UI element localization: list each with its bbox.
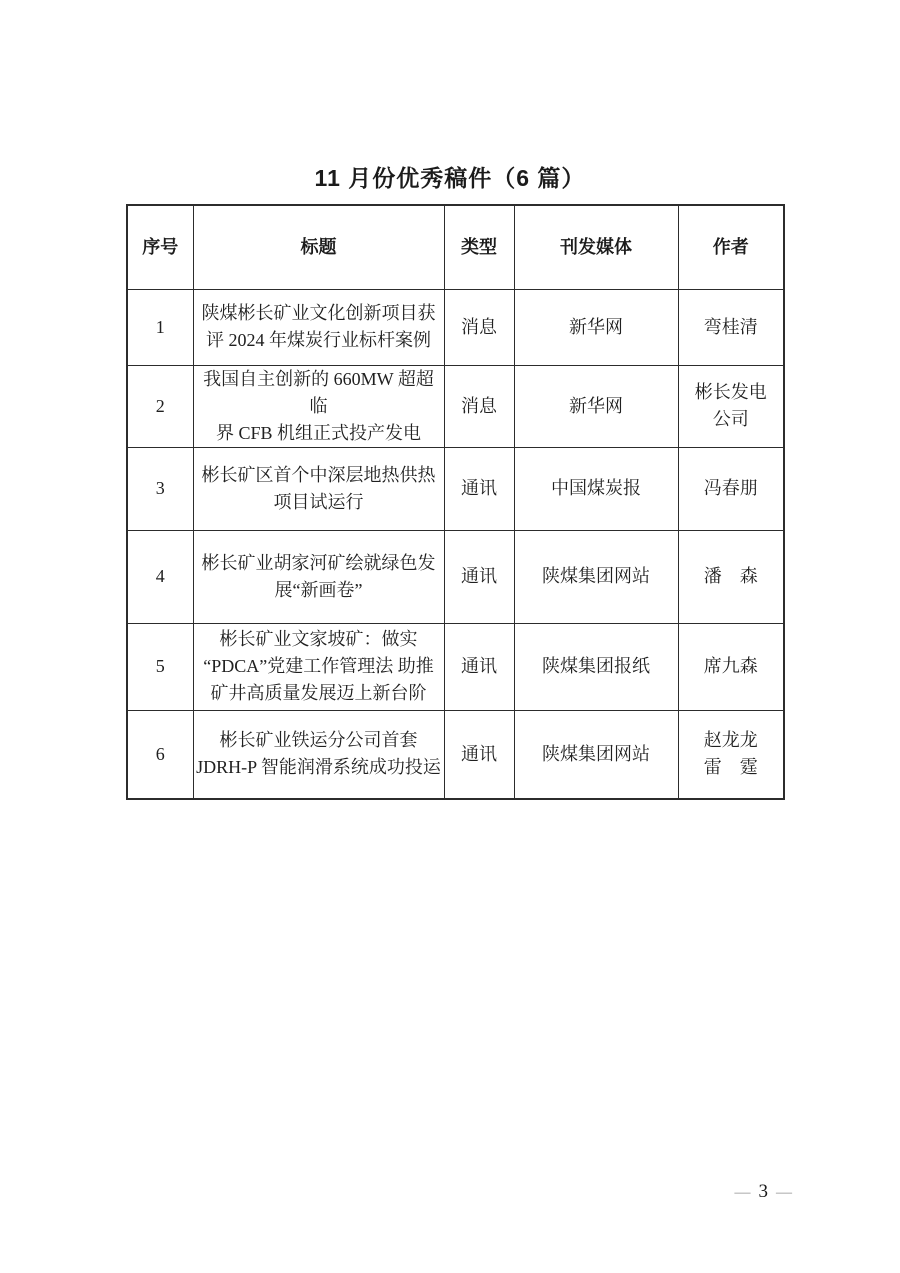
type-cell: 通讯 [444,623,514,710]
media-cell: 中国煤炭报 [514,447,678,530]
serial-cell: 5 [127,623,193,710]
author-cell: 赵龙龙 雷 霆 [678,710,784,799]
title-cell: 我国自主创新的 660MW 超超临 界 CFB 机组正式投产发电 [193,365,444,447]
serial-cell: 3 [127,447,193,530]
column-header-type: 类型 [444,205,514,289]
table-row: 6 彬长矿业铁运分公司首套 JDRH-P 智能润滑系统成功投运 通讯 陕煤集团网… [127,710,784,799]
column-header-author: 作者 [678,205,784,289]
media-cell: 陕煤集团报纸 [514,623,678,710]
serial-cell: 4 [127,530,193,623]
page-number-left-dash: — [735,1184,751,1202]
page-number: — 3 — [735,1181,793,1203]
type-cell: 通讯 [444,447,514,530]
document-page: 11 月份优秀稿件（6 篇） 序号 标题 类型 刊发媒体 作者 1 陕煤彬长矿业… [0,0,900,1273]
author-cell: 弯桂清 [678,289,784,365]
table-row: 4 彬长矿业胡家河矿绘就绿色发 展“新画卷” 通讯 陕煤集团网站 潘 森 [127,530,784,623]
manuscripts-table: 序号 标题 类型 刊发媒体 作者 1 陕煤彬长矿业文化创新项目获 评 2024 … [126,204,785,800]
table-row: 5 彬长矿业文家坡矿：做实 “PDCA”党建工作管理法 助推 矿井高质量发展迈上… [127,623,784,710]
type-cell: 消息 [444,289,514,365]
author-cell: 席九森 [678,623,784,710]
table-row: 2 我国自主创新的 660MW 超超临 界 CFB 机组正式投产发电 消息 新华… [127,365,784,447]
title-cell: 彬长矿业文家坡矿：做实 “PDCA”党建工作管理法 助推 矿井高质量发展迈上新台… [193,623,444,710]
media-cell: 新华网 [514,365,678,447]
table-header-row: 序号 标题 类型 刊发媒体 作者 [127,205,784,289]
media-cell: 陕煤集团网站 [514,530,678,623]
title-cell: 彬长矿业胡家河矿绘就绿色发 展“新画卷” [193,530,444,623]
table-row: 1 陕煤彬长矿业文化创新项目获 评 2024 年煤炭行业标杆案例 消息 新华网 … [127,289,784,365]
serial-cell: 2 [127,365,193,447]
author-cell: 潘 森 [678,530,784,623]
type-cell: 通讯 [444,710,514,799]
author-cell: 冯春朋 [678,447,784,530]
page-number-value: 3 [759,1181,769,1203]
title-cell: 陕煤彬长矿业文化创新项目获 评 2024 年煤炭行业标杆案例 [193,289,444,365]
column-header-media: 刊发媒体 [514,205,678,289]
author-cell: 彬长发电 公司 [678,365,784,447]
media-cell: 新华网 [514,289,678,365]
type-cell: 消息 [444,365,514,447]
page-number-right-dash: — [776,1184,792,1202]
table-row: 3 彬长矿区首个中深层地热供热 项目试运行 通讯 中国煤炭报 冯春朋 [127,447,784,530]
serial-cell: 1 [127,289,193,365]
column-header-title: 标题 [193,205,444,289]
title-cell: 彬长矿区首个中深层地热供热 项目试运行 [193,447,444,530]
serial-cell: 6 [127,710,193,799]
page-title: 11 月份优秀稿件（6 篇） [0,160,900,193]
title-cell: 彬长矿业铁运分公司首套 JDRH-P 智能润滑系统成功投运 [193,710,444,799]
column-header-serial: 序号 [127,205,193,289]
media-cell: 陕煤集团网站 [514,710,678,799]
type-cell: 通讯 [444,530,514,623]
